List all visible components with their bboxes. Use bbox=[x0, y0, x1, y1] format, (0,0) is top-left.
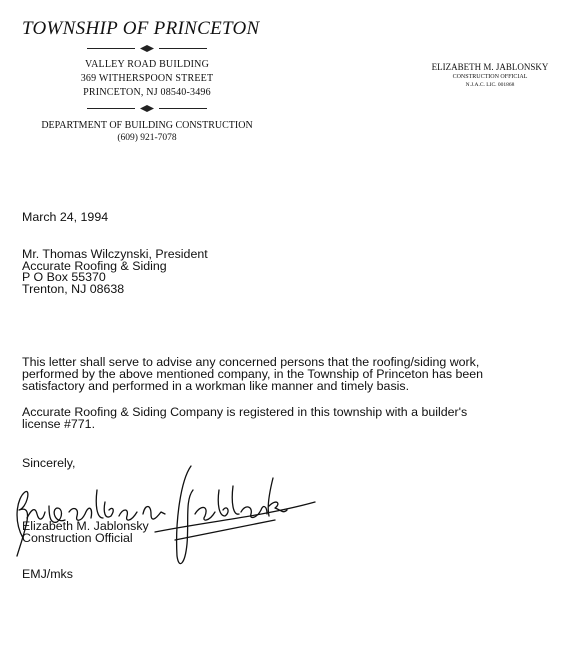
address-line: VALLEY ROAD BUILDING bbox=[40, 59, 254, 70]
ornament-divider bbox=[87, 104, 207, 114]
paragraph-line: license #771. bbox=[22, 418, 467, 430]
typist-initials: EMJ/mks bbox=[22, 568, 73, 580]
township-title: TOWNSHIP OF PRINCETON bbox=[22, 18, 260, 40]
paragraph-line: satisfactory and performed in a workman … bbox=[22, 380, 483, 392]
addressee-block: Mr. Thomas Wilczynski, President Accurat… bbox=[22, 249, 208, 295]
address-line: 369 WITHERSPOON STREET bbox=[40, 73, 254, 84]
official-name: ELIZABETH M. JABLONSKY bbox=[410, 62, 565, 72]
official-title: CONSTRUCTION OFFICIAL bbox=[410, 74, 565, 80]
addressee-line: Trenton, NJ 08638 bbox=[22, 284, 208, 296]
diamond-icon bbox=[140, 105, 154, 112]
body-paragraph: This letter shall serve to advise any co… bbox=[22, 356, 483, 392]
letter-date: March 24, 1994 bbox=[22, 211, 108, 223]
diamond-icon bbox=[140, 45, 154, 52]
ornament-divider bbox=[87, 44, 207, 54]
handwritten-signature bbox=[5, 460, 325, 570]
department-phone: (609) 921-7078 bbox=[10, 133, 284, 143]
address-line: PRINCETON, NJ 08540-3496 bbox=[40, 87, 254, 98]
official-license: N.J.A.C. LIC. 001868 bbox=[410, 82, 565, 88]
signer-title: Construction Official bbox=[22, 532, 149, 544]
signer-block: Elizabeth M. Jablonsky Construction Offi… bbox=[22, 520, 149, 544]
body-paragraph: Accurate Roofing & Siding Company is reg… bbox=[22, 406, 467, 430]
department-name: DEPARTMENT OF BUILDING CONSTRUCTION bbox=[10, 120, 284, 131]
